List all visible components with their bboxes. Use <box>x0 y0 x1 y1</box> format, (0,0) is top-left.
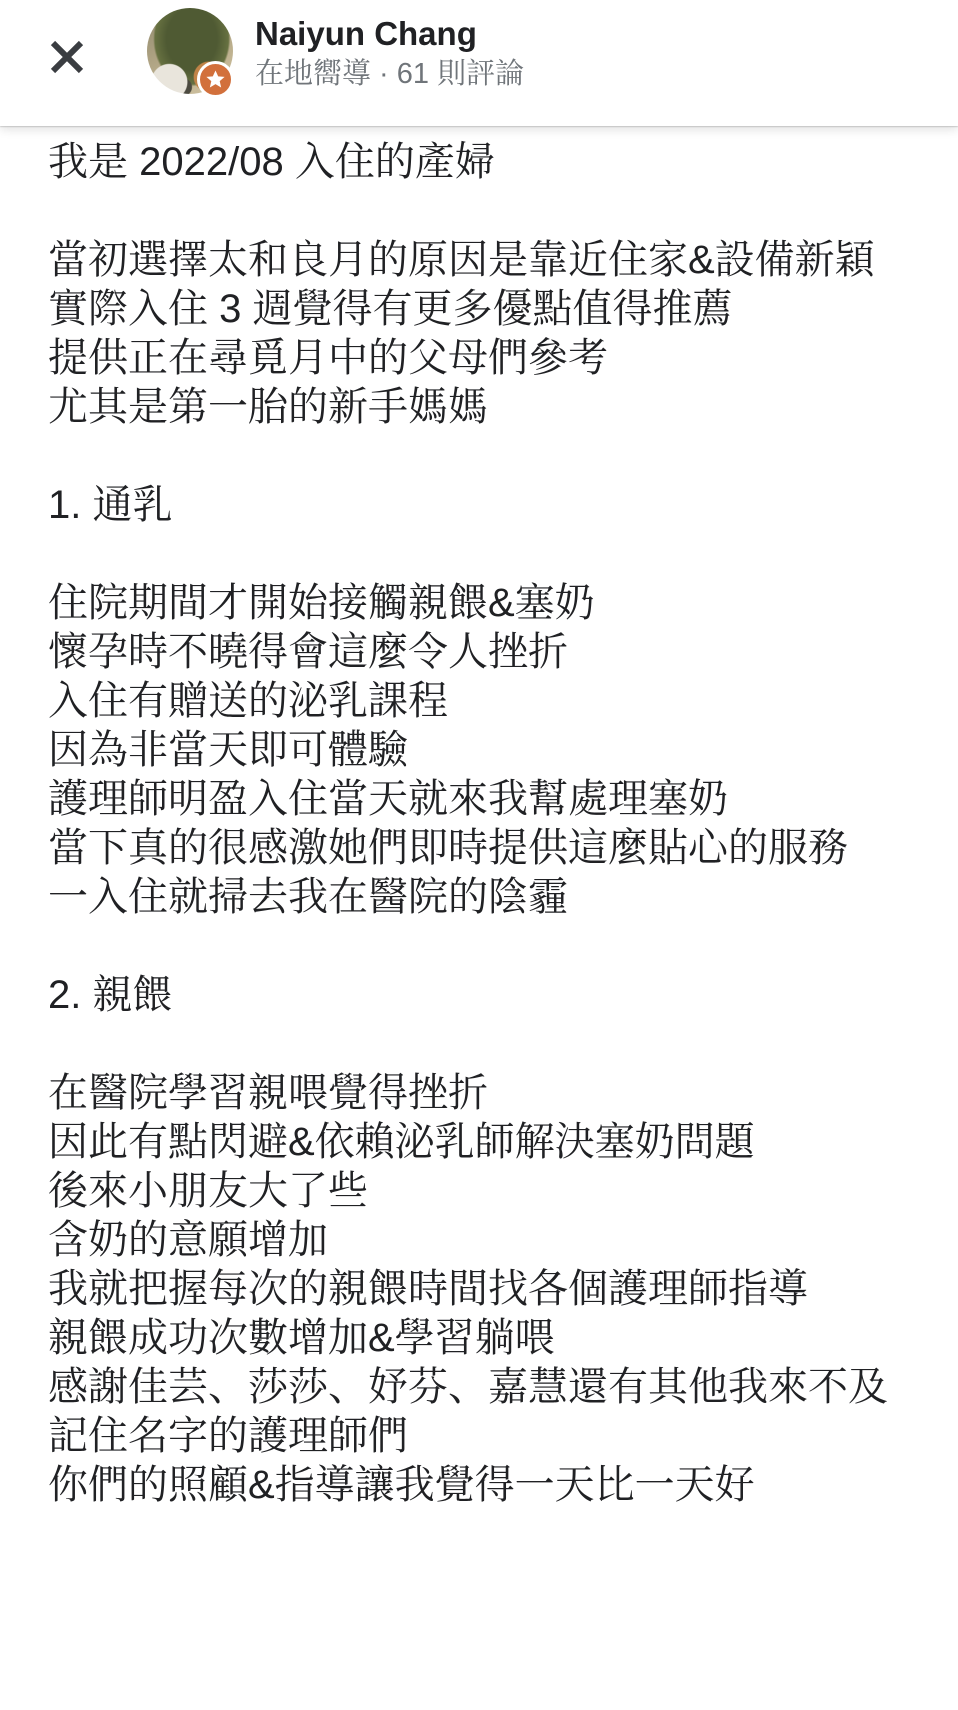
close-icon <box>49 39 85 75</box>
close-button[interactable] <box>40 30 94 84</box>
user-name: Naiyun Chang <box>255 14 524 54</box>
header: Naiyun Chang 在地嚮導 · 61 則評論 <box>0 0 958 126</box>
user-info: Naiyun Chang 在地嚮導 · 61 則評論 <box>255 14 524 92</box>
user-subtitle: 在地嚮導 · 61 則評論 <box>255 56 524 92</box>
review-body: 我是 2022/08 入住的產婦 當初選擇太和良月的原因是靠近住家&設備新穎 實… <box>0 126 958 1510</box>
avatar <box>147 8 233 94</box>
local-guide-badge <box>197 61 234 98</box>
review-detail-sheet: Naiyun Chang 在地嚮導 · 61 則評論 我是 2022/08 入住… <box>0 0 958 1710</box>
star-icon <box>204 68 227 91</box>
